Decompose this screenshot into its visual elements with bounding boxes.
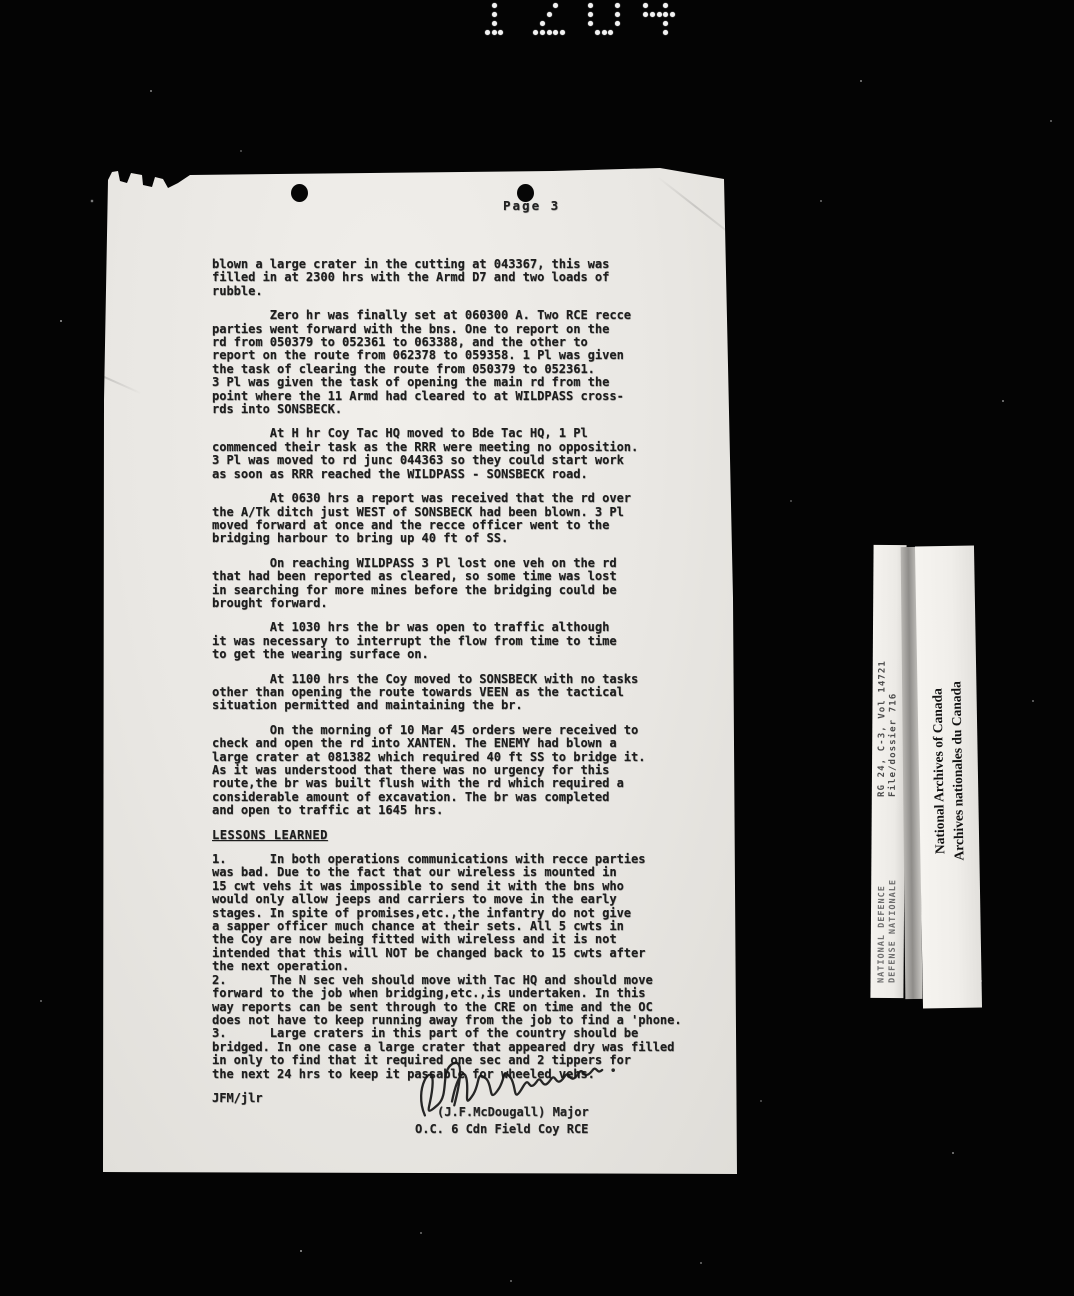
signature-name-line: (J.F.McDougall) Major bbox=[437, 1105, 589, 1119]
typed-paragraph: At 1030 hrs the br was open to traffic a… bbox=[212, 621, 694, 661]
archive-reference-label: RG 24, C-3, Vol 14721 File/dossier 716 bbox=[877, 557, 901, 797]
typed-paragraph: 2. The N sec veh should move with Tac HQ… bbox=[212, 974, 694, 1028]
paper-crease bbox=[657, 176, 753, 251]
typed-paragraph: Zero hr was finally set at 060300 A. Two… bbox=[212, 309, 694, 416]
hole-punch-left bbox=[291, 184, 308, 202]
national-archives-label: National Archives of Canada Archives nat… bbox=[927, 666, 969, 877]
archive-strip-archives: National Archives of Canada Archives nat… bbox=[915, 546, 982, 1009]
archive-reference-line2: File/dossier 716 bbox=[888, 557, 901, 797]
national-defence-label: NATIONAL DEFENCE DEFENSE NATIONALE bbox=[877, 853, 899, 983]
archives-label-fr: Archives nationales du Canada bbox=[946, 666, 969, 876]
section-heading: LESSONS LEARNED bbox=[212, 829, 694, 842]
typed-paragraph: At 0630 hrs a report was received that t… bbox=[212, 492, 694, 546]
page-number: Page 3 bbox=[503, 198, 560, 213]
defence-label-en: NATIONAL DEFENCE bbox=[877, 853, 888, 983]
typed-document-body: blown a large crater in the cutting at 0… bbox=[212, 258, 694, 1105]
signature-title-line: O.C. 6 Cdn Field Coy RCE bbox=[415, 1122, 588, 1136]
paper-crease-small bbox=[99, 374, 142, 395]
film-specks bbox=[0, 0, 2, 2]
dot-matrix-frame-number bbox=[478, 0, 758, 40]
typed-paragraph: At 1100 hrs the Coy moved to SONSBECK wi… bbox=[212, 673, 694, 713]
typed-paragraph: On reaching WILDPASS 3 Pl lost one veh o… bbox=[212, 557, 694, 611]
typed-paragraph: On the morning of 10 Mar 45 orders were … bbox=[212, 724, 694, 818]
typed-paragraph: At H hr Coy Tac HQ moved to Bde Tac HQ, … bbox=[212, 427, 694, 481]
scanned-document-page: Page 3 blown a large crater in the cutti… bbox=[103, 168, 737, 1174]
typed-paragraph: 1. In both operations communications wit… bbox=[212, 853, 694, 974]
defence-label-fr: DEFENSE NATIONALE bbox=[887, 853, 898, 983]
typed-paragraph: blown a large crater in the cutting at 0… bbox=[212, 258, 694, 298]
